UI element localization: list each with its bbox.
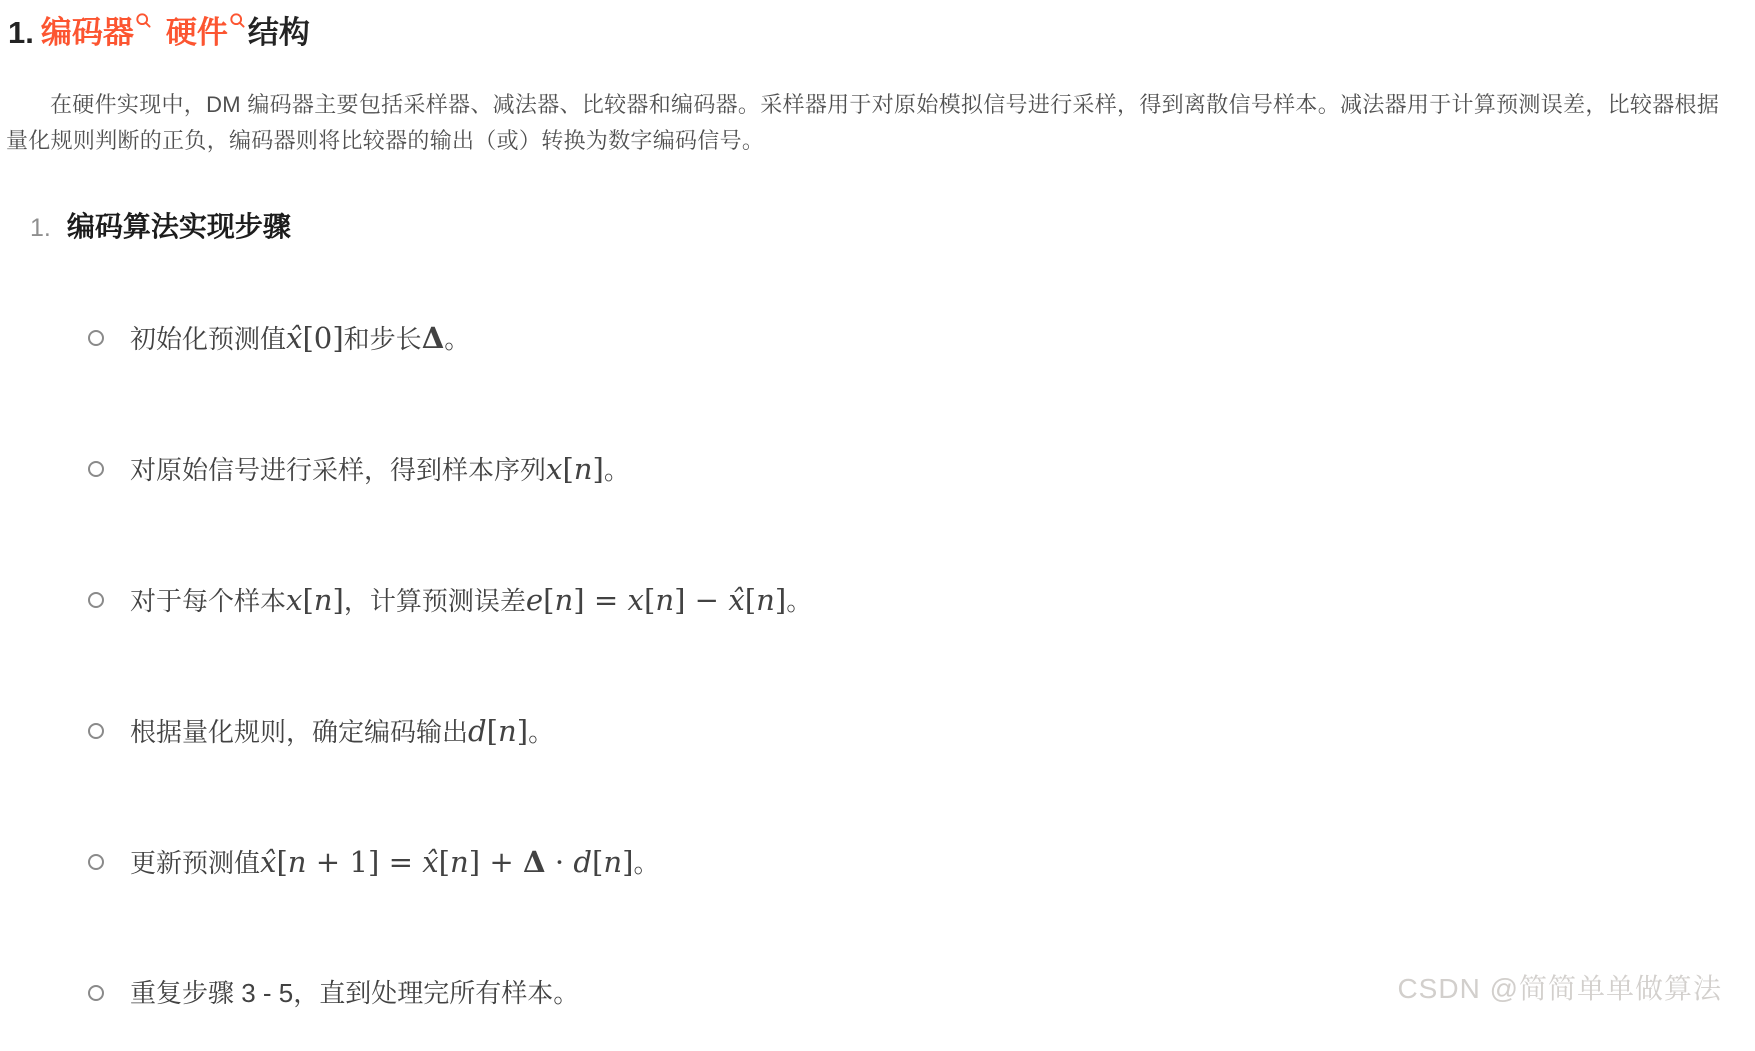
math-segment: ] + xyxy=(469,845,523,879)
search-icon[interactable] xyxy=(229,12,246,29)
title-rest: 结构 xyxy=(248,15,310,50)
math-segment: ] xyxy=(517,714,528,748)
csdn-watermark: CSDN @简简单单做算法 xyxy=(1397,967,1722,1007)
keyword-link-hardware[interactable]: 硬件 xyxy=(166,15,228,50)
math-segment: x xyxy=(628,583,644,617)
math-segment: x xyxy=(286,583,302,617)
step-text: ，计算预测误差 xyxy=(344,586,526,616)
math-segment: n xyxy=(655,583,674,617)
math-segment: ] xyxy=(593,452,604,486)
keyword-link-encoder[interactable]: 编码器 xyxy=(41,15,134,50)
section-number: 1. xyxy=(30,214,51,243)
math-segment: [ xyxy=(562,452,573,486)
step-text: 对于每个样本 xyxy=(130,586,286,616)
math-segment: [ xyxy=(745,583,756,617)
math-segment: [ xyxy=(644,583,655,617)
math-segment: x̂ xyxy=(728,583,744,617)
math-segment: d xyxy=(573,845,592,879)
math-segment: x̂ xyxy=(286,321,302,355)
step-text: 重复步骤 3 - 5，直到处理完所有样本。 xyxy=(130,978,579,1008)
math-segment: ] xyxy=(622,845,633,879)
math-segment: e xyxy=(526,583,543,617)
step-text: 和步长 xyxy=(344,324,422,354)
circle-bullet-icon xyxy=(88,330,104,346)
math-segment: ] − xyxy=(674,583,728,617)
steps-list: 初始化预测值x̂[0]和步长Δ。对原始信号进行采样，得到样本序列x[n]。对于每… xyxy=(0,317,1755,1014)
step-text: 。 xyxy=(633,848,659,878)
step-text: 。 xyxy=(528,717,554,747)
step-item: 对于每个样本x[n]，计算预测误差e[n] = x[n] − x̂[n]。 xyxy=(88,579,1755,622)
math-segment: [0] xyxy=(302,321,343,355)
step-text: 根据量化规则，确定编码输出 xyxy=(130,717,468,747)
step-item: 更新预测值x̂[n + 1] = x̂[n] + Δ · d[n]。 xyxy=(88,841,1755,884)
step-item: 根据量化规则，确定编码输出d[n]。 xyxy=(88,710,1755,753)
math-segment: [ xyxy=(487,714,498,748)
circle-bullet-icon xyxy=(88,854,104,870)
section-heading: 编码算法实现步骤 xyxy=(67,205,291,245)
intro-paragraph: 在硬件实现中，DM 编码器主要包括采样器、减法器、比较器和编码器。采样器用于对原… xyxy=(0,87,1749,159)
step-item: 初始化预测值x̂[0]和步长Δ。 xyxy=(88,317,1755,360)
math-segment: ] = xyxy=(573,583,627,617)
step-text: 对原始信号进行采样，得到样本序列 xyxy=(130,455,546,485)
math-segment: n xyxy=(756,583,775,617)
section-heading-row: 1. 编码算法实现步骤 xyxy=(30,205,1755,245)
math-segment: n xyxy=(314,583,333,617)
math-segment: n xyxy=(574,452,593,486)
math-segment: Δ xyxy=(523,845,546,879)
math-segment: n xyxy=(555,583,574,617)
step-text: 。 xyxy=(444,324,470,354)
step-text: 。 xyxy=(786,586,812,616)
math-segment: x̂ xyxy=(260,845,276,879)
page-title: 1.编码器 硬件 结构 xyxy=(8,14,1755,53)
math-segment: · xyxy=(546,845,574,879)
math-segment: x̂ xyxy=(422,845,438,879)
step-item: 对原始信号进行采样，得到样本序列x[n]。 xyxy=(88,448,1755,491)
search-icon[interactable] xyxy=(135,12,152,29)
title-number: 1. xyxy=(8,15,34,50)
circle-bullet-icon xyxy=(88,592,104,608)
circle-bullet-icon xyxy=(88,461,104,477)
math-segment: x xyxy=(546,452,562,486)
math-segment: [ xyxy=(276,845,287,879)
math-segment: d xyxy=(468,714,487,748)
math-segment: + 1] = xyxy=(307,845,423,879)
math-segment: [ xyxy=(543,583,554,617)
math-segment: n xyxy=(288,845,307,879)
math-segment: n xyxy=(498,714,517,748)
circle-bullet-icon xyxy=(88,723,104,739)
math-segment: n xyxy=(603,845,622,879)
math-segment: [ xyxy=(439,845,450,879)
math-segment: n xyxy=(450,845,469,879)
step-text: 。 xyxy=(604,455,630,485)
step-text: 初始化预测值 xyxy=(130,324,286,354)
step-text: 更新预测值 xyxy=(130,848,260,878)
math-segment: ] xyxy=(775,583,786,617)
math-segment: [ xyxy=(592,845,603,879)
math-segment: ] xyxy=(333,583,344,617)
math-segment: Δ xyxy=(422,321,445,355)
circle-bullet-icon xyxy=(88,985,104,1001)
math-segment: [ xyxy=(302,583,313,617)
